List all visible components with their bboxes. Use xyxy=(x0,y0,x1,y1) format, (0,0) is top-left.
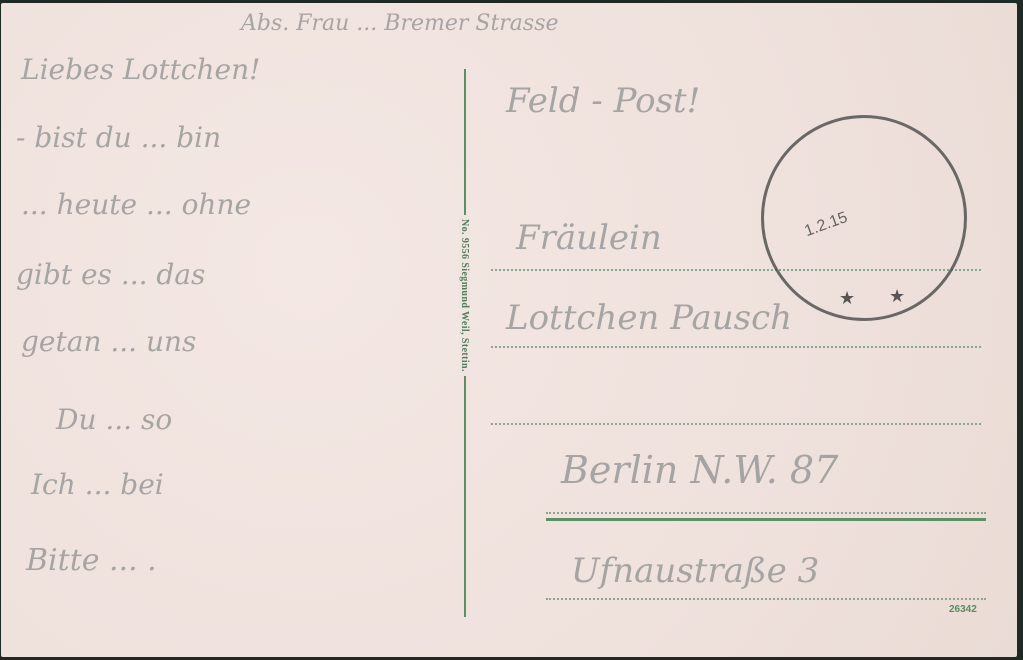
postmark-icon: 1.2.15 ★ ★ xyxy=(761,115,967,321)
handwritten-recipient-name: Lottchen Pausch xyxy=(506,298,792,338)
handwritten-line: gibt es ... das xyxy=(16,258,205,291)
handwritten-top-line: Abs. Frau ... Bremer Strasse xyxy=(241,11,559,36)
handwritten-line: getan ... uns xyxy=(21,325,196,358)
handwritten-greeting: Liebes Lottchen! xyxy=(21,53,260,86)
handwritten-city: Berlin N.W. 87 xyxy=(561,448,838,492)
postcard-back: Abs. Frau ... Bremer Strasse Liebes Lott… xyxy=(1,3,1017,657)
star-icon: ★ xyxy=(889,286,905,307)
handwritten-service: Feld - Post! xyxy=(506,81,700,121)
postmark-date: 1.2.15 xyxy=(802,209,850,241)
address-line xyxy=(491,346,981,348)
handwritten-line: ... heute ... ohne xyxy=(21,188,251,221)
handwritten-line: Du ... so xyxy=(56,403,172,436)
star-icon: ★ xyxy=(839,288,855,309)
address-line xyxy=(491,423,981,425)
handwritten-line: - bist du ... bin xyxy=(16,121,221,154)
handwritten-street: Ufnaustraße 3 xyxy=(571,551,819,591)
handwritten-line: Bitte ... . xyxy=(26,543,157,578)
handwritten-recipient-title: Fräulein xyxy=(516,218,662,258)
address-line xyxy=(546,512,986,514)
handwritten-line: Ich ... bei xyxy=(31,468,164,501)
publisher-imprint: No. 9556 Siegmund Weil, Stettin. xyxy=(459,215,470,376)
serial-number: 26342 xyxy=(949,604,977,615)
address-line xyxy=(546,598,986,600)
address-underline xyxy=(546,518,986,521)
